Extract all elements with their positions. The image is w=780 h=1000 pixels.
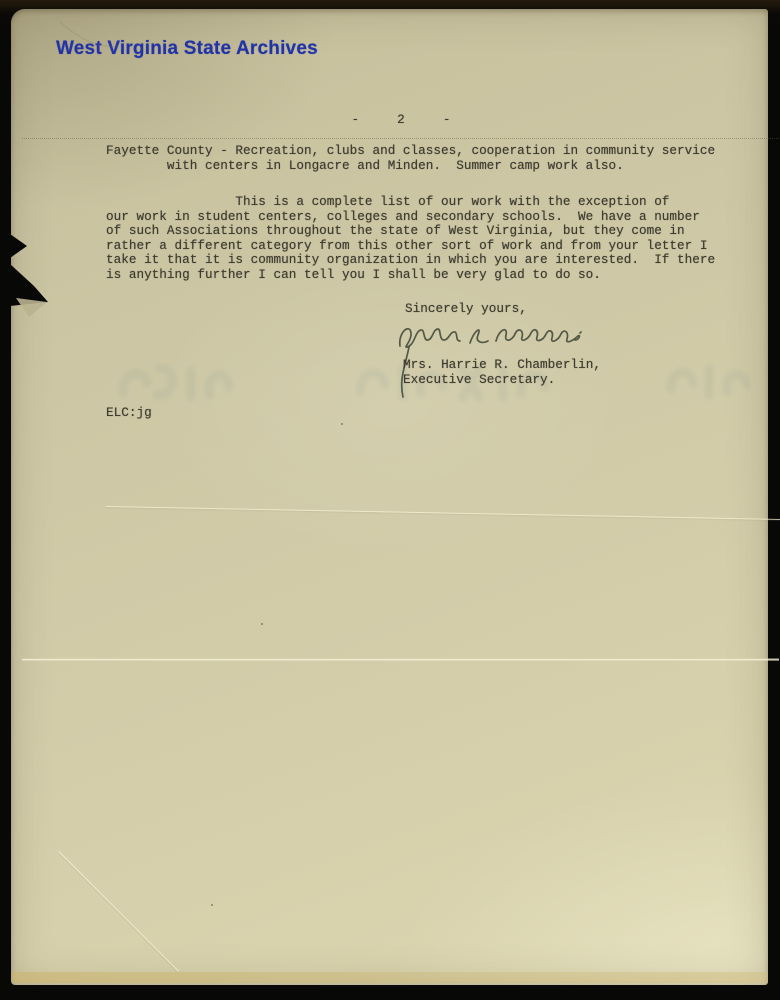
typist-initials: ELC:jg [106,406,152,421]
scanned-document-canvas: West Virginia State Archives - 2 - Fayet… [0,0,780,1000]
text-line: is anything further I can tell you I sha… [106,268,715,283]
paper-fold-line [22,658,779,661]
text-line: our work in student centers, colleges an… [106,210,715,225]
paragraph-body: This is a complete list of our work with… [106,195,715,282]
paragraph-fayette-county: Fayette County - Recreation, clubs and c… [106,144,715,173]
signer-title: Executive Secretary. [403,373,601,388]
paper-crease-middle [106,506,780,520]
paper-edge-discoloration [11,972,768,983]
letter-page: West Virginia State Archives - 2 - Fayet… [11,9,768,985]
paper-speck [211,904,213,906]
archive-watermark: West Virginia State Archives [56,38,318,60]
text-line: take it that it is community organizatio… [106,253,715,268]
text-line: of such Associations throughout the stat… [106,224,715,239]
page-number: - 2 - [106,112,696,127]
text-line: with centers in Longacre and Minden. Sum… [106,159,715,174]
signer-name: Mrs. Harrie R. Chamberlin, [403,358,601,373]
text-line: rather a different category from this ot… [106,239,715,254]
text-line: Fayette County - Recreation, clubs and c… [106,144,715,159]
text-line: This is a complete list of our work with… [106,195,715,210]
signature-block: Mrs. Harrie R. Chamberlin, Executive Sec… [403,358,601,387]
paper-speck [261,623,263,625]
paper-crease-diagonal [58,851,179,972]
paper-speck [341,423,343,425]
fold-crease-top [22,138,779,139]
